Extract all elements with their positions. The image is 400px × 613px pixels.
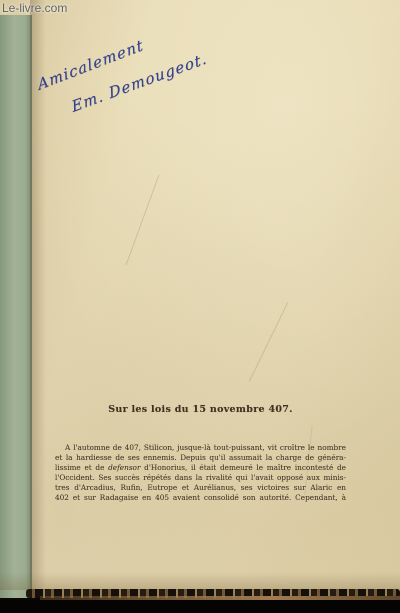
paragraph-line: tres d'Arcadius, Rufin, Eutrope et Aurél… <box>55 483 346 493</box>
book-photo: Le-livre.com Amicalement Em. Demougeot. … <box>0 0 400 613</box>
paragraph-line: et la hardiesse de ses ennemis. Depuis q… <box>55 453 346 463</box>
paragraph-line: l'Occident. Ses succès répétés dans la r… <box>55 473 346 483</box>
photo-backdrop <box>0 600 400 613</box>
watermark-text: Le-livre.com <box>2 1 67 15</box>
paragraph-line: lissime et de defensor d'Honorius, il ét… <box>55 463 346 473</box>
book-cover-edge <box>0 15 32 598</box>
page-bottom-shadow <box>0 572 400 590</box>
paper-crease <box>249 302 288 382</box>
book-page <box>0 0 400 598</box>
paragraph-line: A l'automne de 407, Stilicon, jusque-là … <box>55 443 346 453</box>
article-title: Sur les lois du 15 novembre 407. <box>55 404 346 415</box>
paragraph-line-text: d'Honorius, il était demeuré le maître i… <box>140 463 346 472</box>
paragraph-line-text: lissime et de <box>55 463 108 472</box>
paper-crease <box>126 175 160 266</box>
article-paragraph: A l'automne de 407, Stilicon, jusque-là … <box>55 443 346 502</box>
latin-term: defensor <box>108 463 140 472</box>
paragraph-line: 402 et sur Radagaise en 405 avaient cons… <box>55 493 346 503</box>
